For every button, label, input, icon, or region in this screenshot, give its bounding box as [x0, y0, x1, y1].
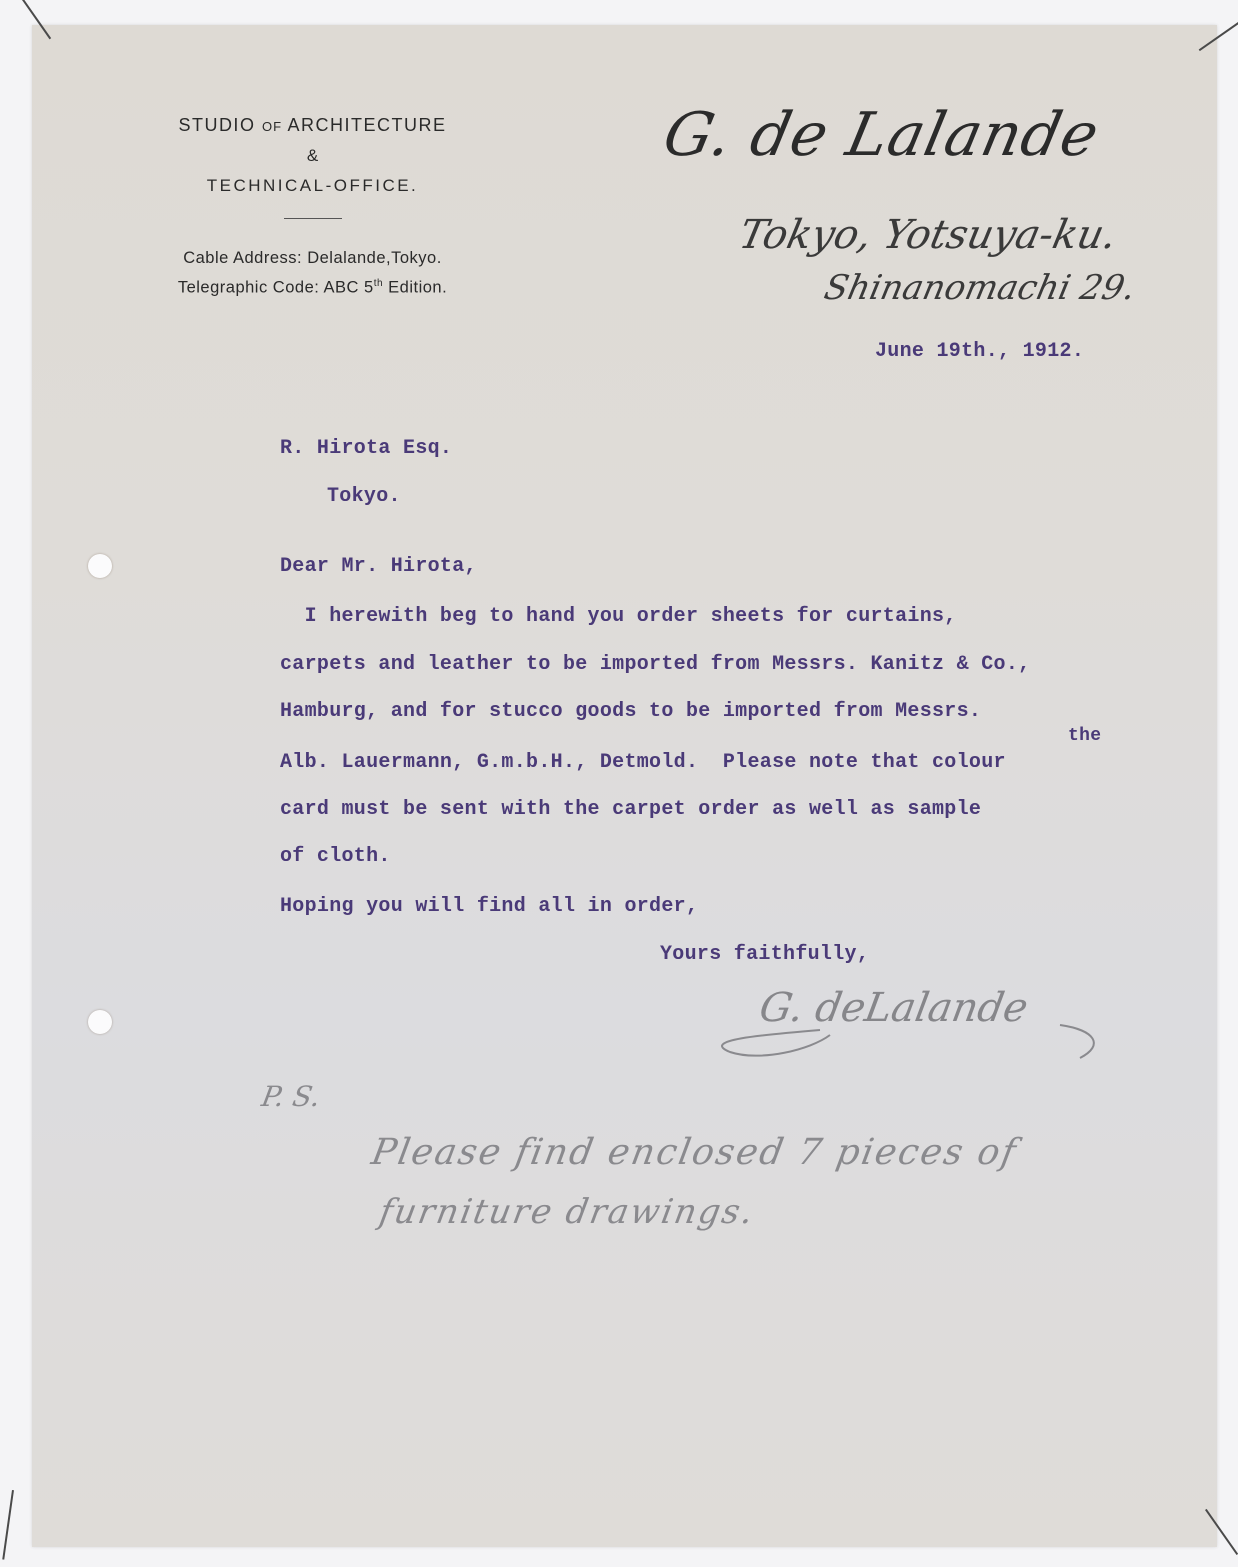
body-line: I herewith beg to hand you order sheets …	[280, 605, 957, 628]
body-line: Hamburg, and for stucco goods to be impo…	[280, 700, 981, 723]
postscript-label: P. S.	[259, 1080, 323, 1113]
body-line: card must be sent with the carpet order …	[280, 798, 981, 821]
postscript-line: furniture drawings.	[376, 1192, 757, 1232]
studio-word: STUDIO	[178, 115, 255, 135]
recipient-name: R. Hirota Esq.	[280, 437, 452, 460]
studio-title: STUDIO OF ARCHITECTURE	[140, 115, 485, 136]
body-line: carpets and leather to be imported from …	[280, 653, 1030, 676]
telegraphic-code: Telegraphic Code: ABC 5th Edition.	[140, 271, 485, 301]
address-line-2: Shinanomachi 29.	[821, 268, 1139, 308]
code-sup: th	[374, 278, 383, 289]
technical-office: TECHNICAL-OFFICE.	[140, 176, 485, 196]
inserted-word: the	[1068, 726, 1101, 746]
architecture-word: ARCHITECTURE	[288, 115, 447, 135]
letterhead-left: STUDIO OF ARCHITECTURE & TECHNICAL-OFFIC…	[140, 115, 485, 301]
salutation: Dear Mr. Hirota,	[280, 555, 477, 578]
cable-address: Cable Address: Delalande,Tokyo.	[140, 245, 485, 271]
punch-hole-lower	[88, 1010, 112, 1034]
punch-hole-upper	[88, 554, 112, 578]
of-word: OF	[262, 119, 282, 134]
body-line: Alb. Lauermann, G.m.b.H., Detmold. Pleas…	[280, 751, 1006, 774]
letter-date: June 19th., 1912.	[875, 340, 1084, 363]
body-line: of cloth.	[280, 845, 391, 868]
brand-name: G. de Lalande	[658, 100, 1106, 170]
pin-bottom-left	[2, 1490, 13, 1560]
divider-rule	[284, 218, 342, 219]
code-suffix: Edition.	[383, 279, 447, 297]
signature-flourish	[700, 1000, 1120, 1070]
code-prefix: Telegraphic Code: ABC 5	[178, 279, 374, 297]
recipient-city: Tokyo.	[327, 485, 401, 508]
valediction: Yours faithfully,	[660, 943, 869, 966]
closing-line: Hoping you will find all in order,	[280, 895, 698, 918]
address-line-1: Tokyo, Yotsuya-ku.	[735, 212, 1121, 258]
ampersand: &	[140, 146, 485, 166]
postscript-line: Please find enclosed 7 pieces of	[368, 1132, 1020, 1173]
